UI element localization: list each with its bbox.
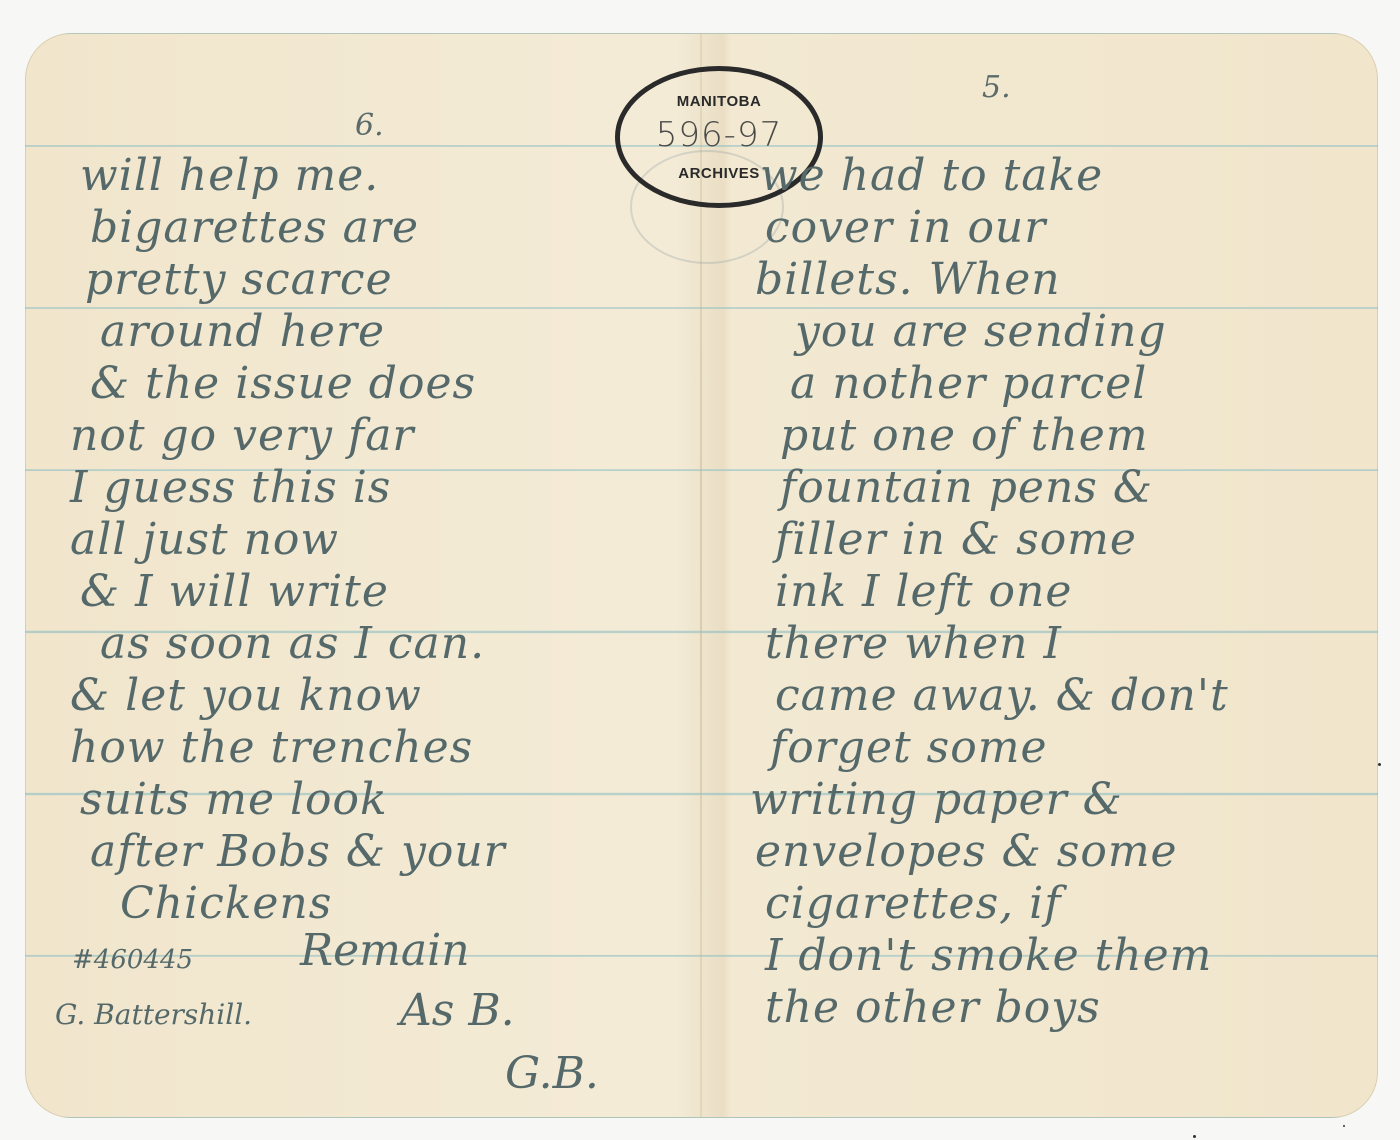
service-number: #460445	[72, 945, 193, 975]
signature-initials-1: As B.	[400, 985, 515, 1036]
text-line: you are sending	[795, 306, 1167, 358]
text-line: & let you know	[70, 670, 422, 722]
stamp-accession-number: 596-97	[620, 115, 818, 155]
left-page-number: 6.	[355, 108, 384, 143]
closing-remain: Remain	[300, 925, 470, 976]
text-line: cover in our	[765, 202, 1046, 254]
text-line: around here	[100, 306, 385, 358]
text-line: cigarettes, if	[765, 878, 1062, 930]
text-line: billets. When	[755, 254, 1061, 306]
text-line: Chickens	[120, 878, 332, 930]
text-line: & the issue does	[90, 358, 476, 410]
text-line: put one of them	[780, 410, 1149, 462]
speck	[1193, 1135, 1196, 1138]
text-line: pretty scarce	[85, 254, 393, 306]
text-line: all just now	[70, 514, 339, 566]
text-line: came away. & don't	[775, 670, 1229, 722]
text-line: I don't smoke them	[765, 930, 1212, 982]
text-line: as soon as I can.	[100, 618, 485, 670]
text-line: suits me look	[80, 774, 388, 826]
text-line: a nother parcel	[790, 358, 1147, 410]
text-line: & I will write	[80, 566, 389, 618]
text-line: there when I	[765, 618, 1062, 670]
text-line: writing paper &	[750, 774, 1123, 826]
text-line: after Bobs & your	[90, 826, 506, 878]
right-page-number: 5.	[982, 70, 1011, 105]
text-line: we had to take	[760, 150, 1103, 202]
text-line: ink I left one	[775, 566, 1072, 618]
text-line: fountain pens &	[780, 462, 1153, 514]
text-line: filler in & some	[775, 514, 1137, 566]
text-line: bigarettes are	[90, 202, 419, 254]
text-line: forget some	[770, 722, 1048, 774]
signature-name: G. Battershill.	[55, 998, 252, 1031]
stamp-top-text: MANITOBA	[620, 93, 818, 110]
text-line: I guess this is	[70, 462, 391, 514]
text-line: envelopes & some	[755, 826, 1178, 878]
text-line: not go very far	[70, 410, 414, 462]
speck	[1378, 763, 1381, 766]
text-line: how the trenches	[70, 722, 473, 774]
text-line: the other boys	[765, 982, 1101, 1034]
speck	[1343, 1125, 1345, 1127]
text-line: will help me.	[80, 150, 379, 202]
signature-initials-2: G.B.	[505, 1048, 599, 1099]
